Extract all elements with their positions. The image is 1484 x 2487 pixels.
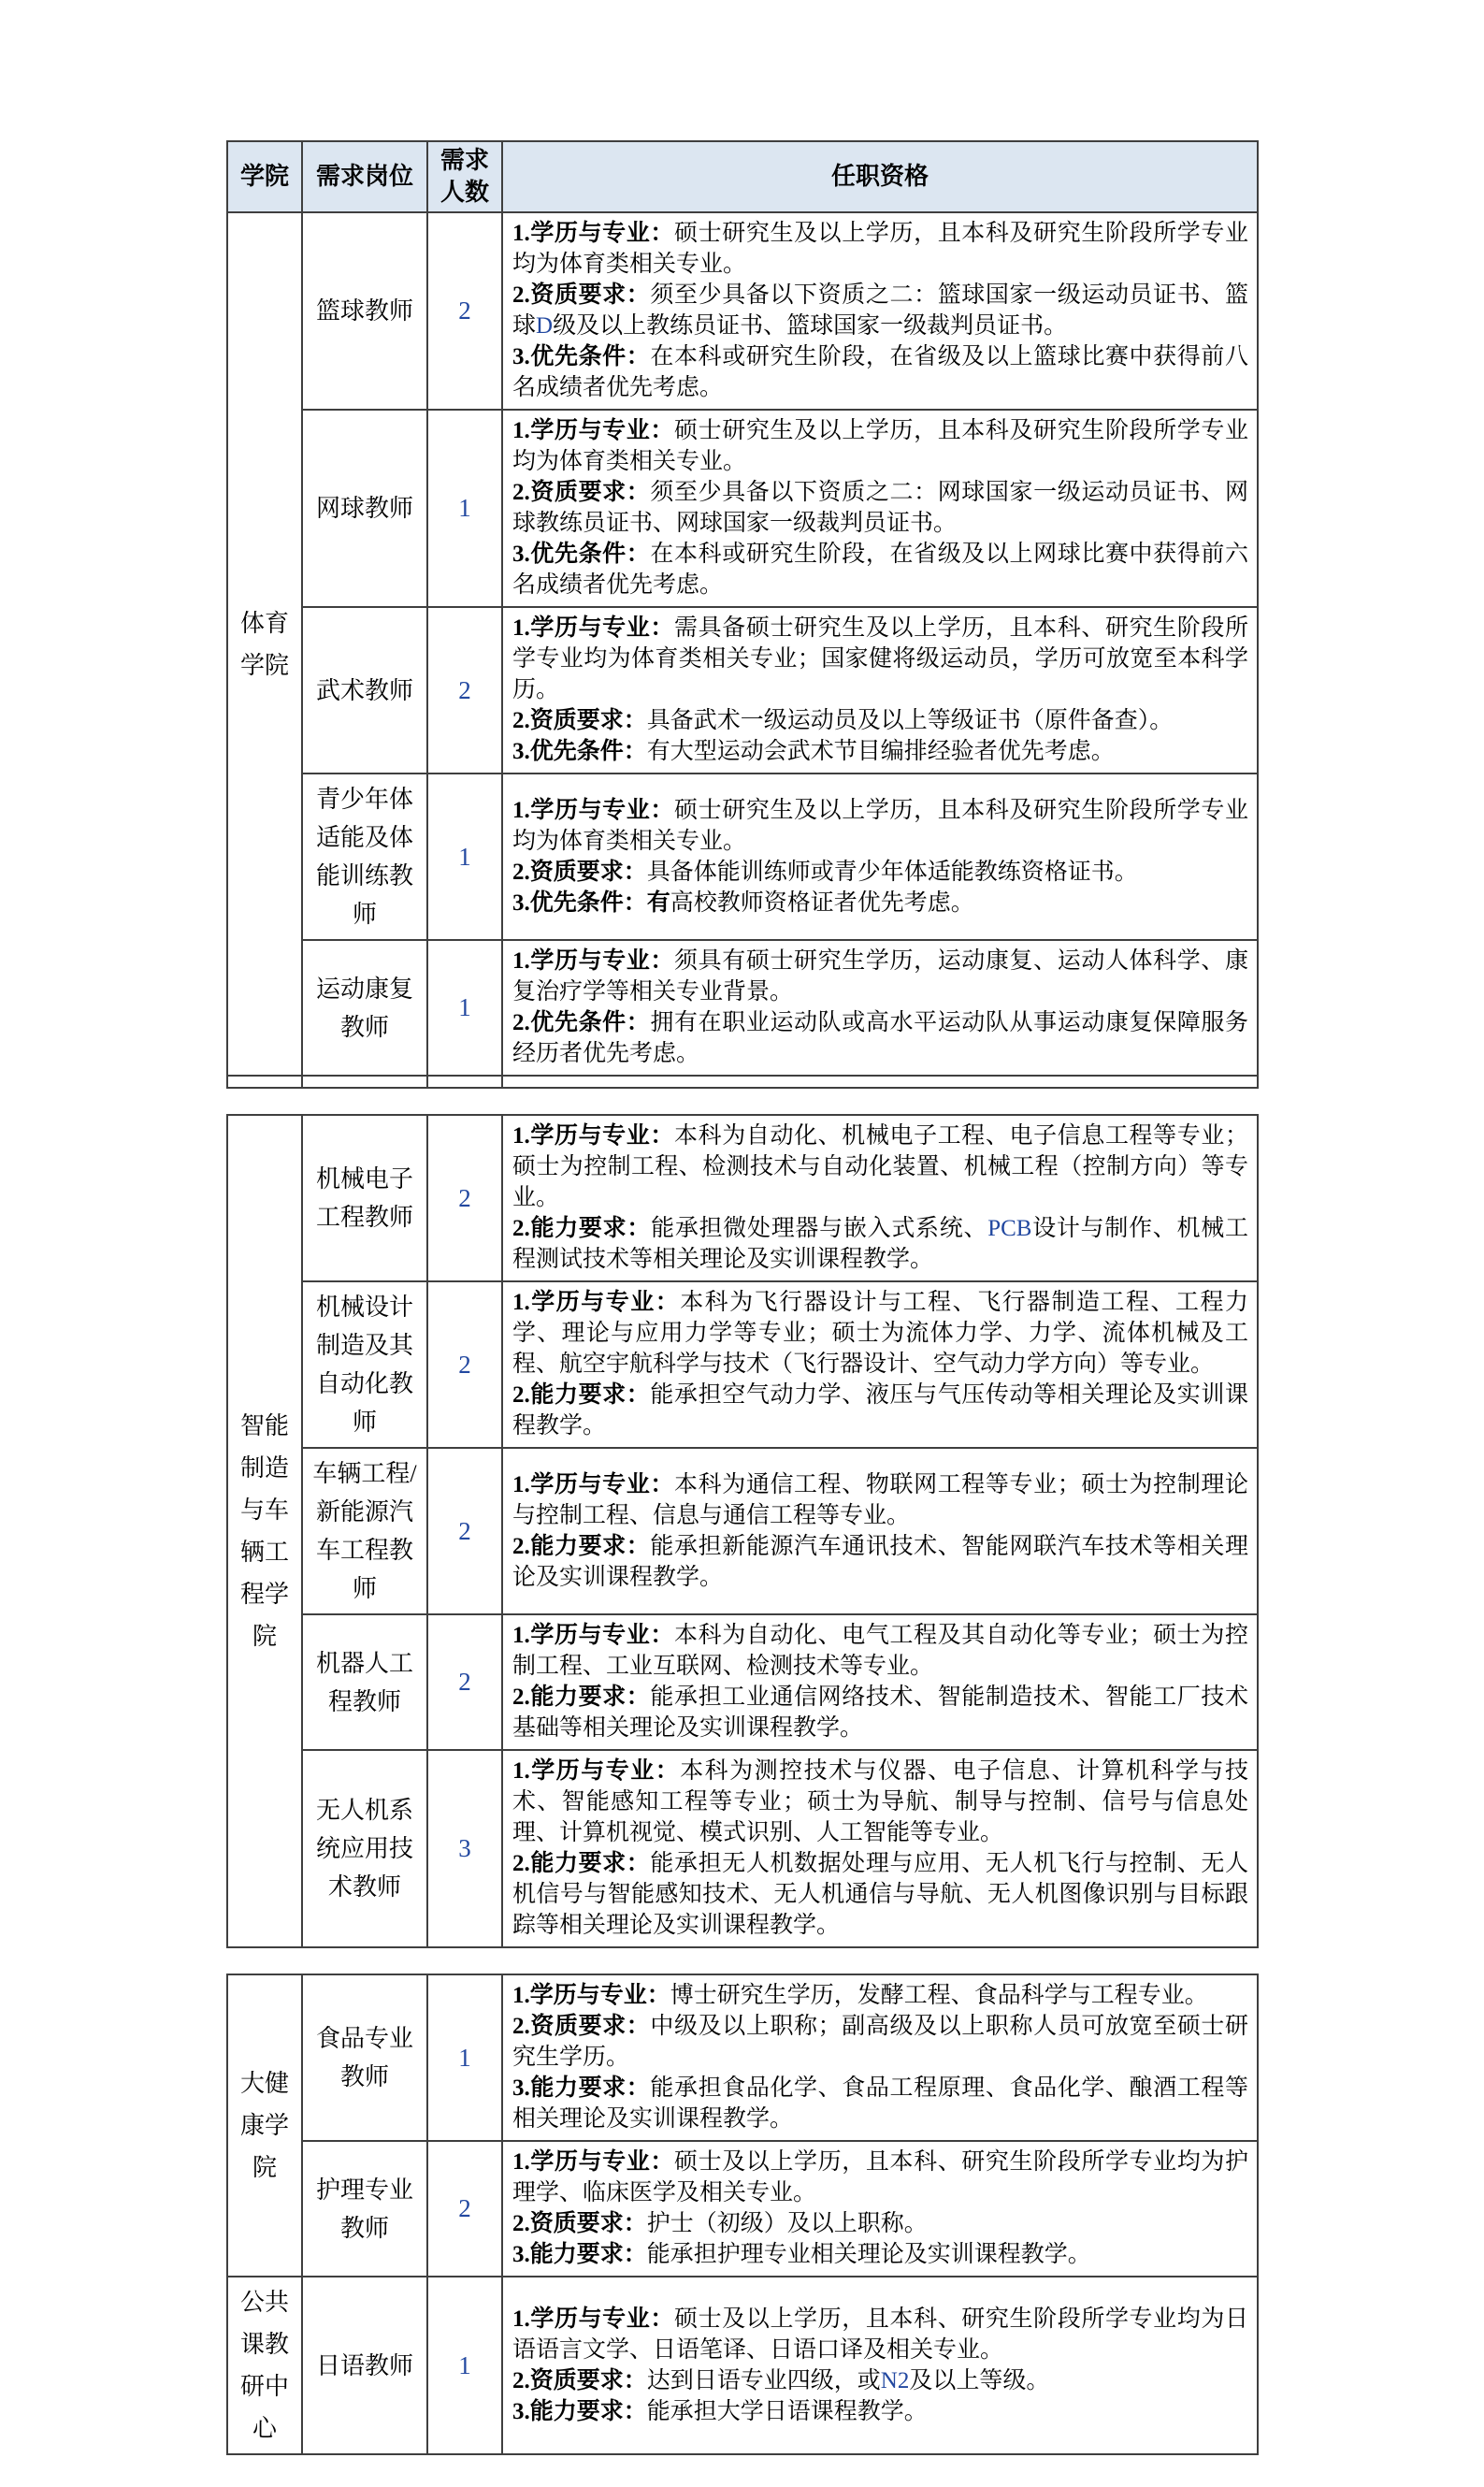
qualification-label: 2.资质要求：	[512, 860, 647, 885]
qualification-item: 1.学历与专业：本科为飞行器设计与工程、飞行器制造工程、工程力学、理论与应用力学…	[512, 1287, 1248, 1380]
qualification-item: 3.优先条件：有高校教师资格证者优先考虑。	[512, 888, 1248, 918]
qualification-item: 3.能力要求：能承担护理专业相关理论及实训课程教学。	[512, 2239, 1248, 2270]
spacer-row	[227, 1076, 1258, 1088]
col-header-count: 需求人数	[427, 141, 502, 212]
qualification-item: 1.学历与专业：本科为自动化、电气工程及其自动化等专业；硕士为控制工程、工业互联…	[512, 1620, 1248, 1682]
qualification-label: 1.学历与专业：	[512, 2306, 674, 2332]
table-block-manufacturing: 智能制造与车辆工程学院机械电子工程教师21.学历与专业：本科为自动化、机械电子工…	[226, 1114, 1259, 1948]
qualification-item: 1.学历与专业：博士研究生学历，发酵工程、食品科学与工程专业。	[512, 1980, 1248, 2011]
header-row: 学院 需求岗位 需求人数 任职资格	[227, 141, 1258, 212]
qualification-label: 1.学历与专业：	[512, 615, 674, 641]
position-cell: 日语教师	[302, 2277, 427, 2454]
qualification-label: 1.学历与专业：	[512, 2149, 674, 2175]
qualification-label: 2.资质要求：	[512, 2368, 647, 2393]
table-row: 运动康复教师11.学历与专业：须具有硕士研究生学历，运动康复、运动人体科学、康复…	[227, 940, 1258, 1076]
qualification-item: 2.资质要求：须至少具备以下资质之二：网球国家一级运动员证书、网球教练员证书、网…	[512, 477, 1248, 539]
qualification-item: 1.学历与专业：需具备硕士研究生及以上学历，且本科、研究生阶段所学专业均为体育类…	[512, 613, 1248, 705]
headcount-cell: 2	[427, 1281, 502, 1448]
position-cell: 机器人工程教师	[302, 1614, 427, 1750]
headcount-cell: 2	[427, 1448, 502, 1614]
latin-text: PCB	[987, 1216, 1031, 1241]
table-row: 公共课教研中心日语教师11.学历与专业：硕士及以上学历，且本科、研究生阶段所学专…	[227, 2277, 1258, 2454]
qualifications-cell: 1.学历与专业：博士研究生学历，发酵工程、食品科学与工程专业。2.资质要求：中级…	[502, 1974, 1258, 2141]
qualification-label: 2.资质要求：	[512, 480, 650, 505]
headcount-cell: 1	[427, 410, 502, 607]
qualification-label: 1.学历与专业：	[512, 1983, 670, 2008]
qualification-label: 3.能力要求：	[512, 2399, 647, 2424]
table-row: 车辆工程/新能源汽车工程教师21.学历与专业：本科为通信工程、物联网工程等专业；…	[227, 1448, 1258, 1614]
qualification-text: 能承担护理专业相关理论及实训课程教学。	[647, 2242, 1091, 2267]
headcount-cell: 2	[427, 212, 502, 410]
qualification-text: 护士（初级）及以上职称。	[647, 2211, 928, 2236]
table-row: 网球教师11.学历与专业：硕士研究生及以上学历，且本科及研究生阶段所学专业均为体…	[227, 410, 1258, 607]
qualification-item: 1.学历与专业：须具有硕士研究生学历，运动康复、运动人体科学、康复治疗学等相关专…	[512, 946, 1248, 1007]
qualification-label: 2.资质要求：	[512, 708, 647, 733]
qualifications-cell: 1.学历与专业：硕士研究生及以上学历，且本科及研究生阶段所学专业均为体育类相关专…	[502, 410, 1258, 607]
latin-text: D	[536, 313, 553, 339]
qualification-item: 3.能力要求：能承担食品化学、食品工程原理、食品化学、酿酒工程等相关理论及实训课…	[512, 2073, 1248, 2134]
qualification-item: 1.学历与专业：硕士及以上学历，且本科、研究生阶段所学专业均为日语语言文学、日语…	[512, 2304, 1248, 2365]
qualification-item: 1.学历与专业：本科为测控技术与仪器、电子信息、计算机科学与技术、智能感知工程等…	[512, 1756, 1248, 1848]
college-cell: 大健康学院	[227, 1974, 302, 2277]
qualification-item: 2.资质要求：护士（初级）及以上职称。	[512, 2208, 1248, 2239]
qualification-item: 2.能力要求：能承担新能源汽车通讯技术、智能网联汽车技术等相关理论及实训课程教学…	[512, 1531, 1248, 1593]
spacer-cell	[502, 1076, 1258, 1088]
position-cell: 篮球教师	[302, 212, 427, 410]
table-row: 智能制造与车辆工程学院机械电子工程教师21.学历与专业：本科为自动化、机械电子工…	[227, 1115, 1258, 1281]
qualification-item: 2.能力要求：能承担空气动力学、液压与气压传动等相关理论及实训课程教学。	[512, 1380, 1248, 1441]
qualification-text: 博士研究生学历，发酵工程、食品科学与工程专业。	[670, 1983, 1208, 2008]
headcount-cell: 3	[427, 1750, 502, 1947]
qualifications-cell: 1.学历与专业：硕士研究生及以上学历，且本科及研究生阶段所学专业均为体育类相关专…	[502, 774, 1258, 940]
table-header: 学院 需求岗位 需求人数 任职资格	[227, 141, 1258, 212]
headcount-cell: 2	[427, 1115, 502, 1281]
table-row: 机械设计制造及其自动化教师21.学历与专业：本科为飞行器设计与工程、飞行器制造工…	[227, 1281, 1258, 1448]
latin-text: N2	[881, 2368, 910, 2393]
headcount-cell: 1	[427, 774, 502, 940]
qualification-label: 2.优先条件：	[512, 1010, 650, 1035]
qualifications-cell: 1.学历与专业：本科为通信工程、物联网工程等专业；硕士为控制理论与控制工程、信息…	[502, 1448, 1258, 1614]
qualification-item: 2.资质要求：中级及以上职称；副高级及以上职称人员可放宽至硕士研究生学历。	[512, 2011, 1248, 2073]
qualification-item: 1.学历与专业：本科为自动化、机械电子工程、电子信息工程等专业；硕士为控制工程、…	[512, 1121, 1248, 1213]
qualification-item: 2.资质要求：达到日语专业四级，或N2及以上等级。	[512, 2365, 1248, 2396]
qualification-label: 1.学历与专业：	[512, 1472, 674, 1497]
qualification-item: 2.资质要求：具备武术一级运动员及以上等级证书（原件备查）。	[512, 705, 1248, 736]
qualification-label: 2.资质要求：	[512, 2014, 650, 2039]
qualification-label: 2.资质要求：	[512, 2211, 647, 2236]
qualification-label: 3.优先条件：	[512, 344, 650, 369]
position-cell: 食品专业教师	[302, 1974, 427, 2141]
qualification-item: 2.能力要求：能承担微处理器与嵌入式系统、PCB设计与制作、机械工程测试技术等相…	[512, 1213, 1248, 1275]
table-body: 大健康学院食品专业教师11.学历与专业：博士研究生学历，发酵工程、食品科学与工程…	[227, 1974, 1258, 2454]
qualification-label: 2.能力要求：	[512, 1851, 650, 1876]
position-cell: 机械设计制造及其自动化教师	[302, 1281, 427, 1448]
qualification-item: 1.学历与专业：硕士及以上学历，且本科、研究生阶段所学专业均为护理学、临床医学及…	[512, 2147, 1248, 2208]
qualifications-cell: 1.学历与专业：须具有硕士研究生学历，运动康复、运动人体科学、康复治疗学等相关专…	[502, 940, 1258, 1076]
table-row: 护理专业教师21.学历与专业：硕士及以上学历，且本科、研究生阶段所学专业均为护理…	[227, 2141, 1258, 2277]
spacer-cell	[302, 1076, 427, 1088]
qualification-label: 1.学历与专业：	[512, 418, 674, 443]
qualification-text: 有大型运动会武术节目编排经验者优先考虑。	[647, 739, 1115, 764]
qualifications-cell: 1.学历与专业：硕士及以上学历，且本科、研究生阶段所学专业均为日语语言文学、日语…	[502, 2277, 1258, 2454]
qualification-label: 1.学历与专业：	[512, 1623, 674, 1648]
college-cell: 公共课教研中心	[227, 2277, 302, 2454]
table-body: 体育学院篮球教师21.学历与专业：硕士研究生及以上学历，且本科及研究生阶段所学专…	[227, 212, 1258, 1088]
qualification-label: 1.学历与专业：	[512, 1123, 674, 1149]
headcount-cell: 2	[427, 2141, 502, 2277]
qualification-item: 2.资质要求：具备体能训练师或青少年体适能教练资格证书。	[512, 857, 1248, 888]
table-row: 武术教师21.学历与专业：需具备硕士研究生及以上学历，且本科、研究生阶段所学专业…	[227, 607, 1258, 774]
qualification-item: 3.优先条件：有大型运动会武术节目编排经验者优先考虑。	[512, 736, 1248, 767]
table-block-sports: 学院 需求岗位 需求人数 任职资格 体育学院篮球教师21.学历与专业：硕士研究生…	[226, 140, 1259, 1089]
position-cell: 机械电子工程教师	[302, 1115, 427, 1281]
qualifications-cell: 1.学历与专业：本科为测控技术与仪器、电子信息、计算机科学与技术、智能感知工程等…	[502, 1750, 1258, 1947]
col-header-college: 学院	[227, 141, 302, 212]
qualification-item: 1.学历与专业：硕士研究生及以上学历，且本科及研究生阶段所学专业均为体育类相关专…	[512, 415, 1248, 477]
recruitment-document: 学院 需求岗位 需求人数 任职资格 体育学院篮球教师21.学历与专业：硕士研究生…	[226, 140, 1257, 2480]
qualification-label: 1.学历与专业：	[512, 221, 674, 246]
qualification-label: 2.能力要求：	[512, 1685, 650, 1710]
qualification-label: 3.优先条件：	[512, 542, 650, 567]
position-cell: 无人机系统应用技术教师	[302, 1750, 427, 1947]
position-cell: 运动康复教师	[302, 940, 427, 1076]
qualification-label: 2.能力要求：	[512, 1534, 650, 1559]
qualification-label: 2.资质要求：	[512, 282, 650, 308]
col-header-qualifications: 任职资格	[502, 141, 1258, 212]
qualifications-cell: 1.学历与专业：硕士研究生及以上学历，且本科及研究生阶段所学专业均为体育类相关专…	[502, 212, 1258, 410]
qualifications-cell: 1.学历与专业：本科为自动化、机械电子工程、电子信息工程等专业；硕士为控制工程、…	[502, 1115, 1258, 1281]
qualification-label: 2.能力要求：	[512, 1382, 650, 1408]
qualification-item: 2.优先条件：拥有在职业运动队或高水平运动队从事运动康复保障服务经历者优先考虑。	[512, 1007, 1248, 1069]
headcount-cell: 2	[427, 607, 502, 774]
qualification-item: 2.资质要求：须至少具备以下资质之二：篮球国家一级运动员证书、篮球D级及以上教练…	[512, 280, 1248, 341]
qualification-text: 具备体能训练师或青少年体适能教练资格证书。	[647, 860, 1138, 885]
qualification-item: 3.优先条件：在本科或研究生阶段，在省级及以上网球比赛中获得前六名成绩者优先考虑…	[512, 539, 1248, 600]
qualification-item: 1.学历与专业：硕士研究生及以上学历，且本科及研究生阶段所学专业均为体育类相关专…	[512, 795, 1248, 857]
qualification-label: 3.能力要求：	[512, 2242, 647, 2267]
qualifications-cell: 1.学历与专业：需具备硕士研究生及以上学历，且本科、研究生阶段所学专业均为体育类…	[502, 607, 1258, 774]
qualification-label: 3.能力要求：	[512, 2075, 650, 2101]
qualification-text: 达到日语专业四级，或N2及以上等级。	[647, 2368, 1050, 2393]
qualification-item: 1.学历与专业：本科为通信工程、物联网工程等专业；硕士为控制理论与控制工程、信息…	[512, 1469, 1248, 1531]
college-cell: 体育学院	[227, 212, 302, 1076]
qualification-label: 3.优先条件：有	[512, 890, 670, 916]
qualification-label: 3.优先条件：	[512, 739, 647, 764]
table-row: 青少年体适能及体能训练教师11.学历与专业：硕士研究生及以上学历，且本科及研究生…	[227, 774, 1258, 940]
table-block-health-public: 大健康学院食品专业教师11.学历与专业：博士研究生学历，发酵工程、食品科学与工程…	[226, 1974, 1259, 2455]
qualification-item: 1.学历与专业：硕士研究生及以上学历，且本科及研究生阶段所学专业均为体育类相关专…	[512, 218, 1248, 280]
qualification-label: 1.学历与专业：	[512, 798, 674, 823]
qualifications-cell: 1.学历与专业：本科为飞行器设计与工程、飞行器制造工程、工程力学、理论与应用力学…	[502, 1281, 1258, 1448]
qualifications-cell: 1.学历与专业：硕士及以上学历，且本科、研究生阶段所学专业均为护理学、临床医学及…	[502, 2141, 1258, 2277]
qualification-text: 具备武术一级运动员及以上等级证书（原件备查）。	[647, 708, 1174, 733]
position-cell: 护理专业教师	[302, 2141, 427, 2277]
headcount-cell: 2	[427, 1614, 502, 1750]
table-row: 体育学院篮球教师21.学历与专业：硕士研究生及以上学历，且本科及研究生阶段所学专…	[227, 212, 1258, 410]
table-row: 大健康学院食品专业教师11.学历与专业：博士研究生学历，发酵工程、食品科学与工程…	[227, 1974, 1258, 2141]
col-header-position: 需求岗位	[302, 141, 427, 212]
qualification-item: 3.优先条件：在本科或研究生阶段，在省级及以上篮球比赛中获得前八名成绩者优先考虑…	[512, 341, 1248, 403]
qualification-label: 2.能力要求：	[512, 1216, 651, 1241]
table-body: 智能制造与车辆工程学院机械电子工程教师21.学历与专业：本科为自动化、机械电子工…	[227, 1115, 1258, 1947]
headcount-cell: 1	[427, 1974, 502, 2141]
qualification-label: 1.学历与专业：	[512, 1290, 680, 1315]
qualification-label: 1.学历与专业：	[512, 948, 674, 974]
headcount-cell: 1	[427, 2277, 502, 2454]
spacer-cell	[227, 1076, 302, 1088]
college-cell: 智能制造与车辆工程学院	[227, 1115, 302, 1947]
headcount-cell: 1	[427, 940, 502, 1076]
position-cell: 青少年体适能及体能训练教师	[302, 774, 427, 940]
qualifications-cell: 1.学历与专业：本科为自动化、电气工程及其自动化等专业；硕士为控制工程、工业互联…	[502, 1614, 1258, 1750]
spacer-cell	[427, 1076, 502, 1088]
position-cell: 车辆工程/新能源汽车工程教师	[302, 1448, 427, 1614]
qualification-item: 2.能力要求：能承担无人机数据处理与应用、无人机飞行与控制、无人机信号与智能感知…	[512, 1848, 1248, 1941]
qualification-label: 1.学历与专业：	[512, 1758, 680, 1784]
qualification-item: 3.能力要求：能承担大学日语课程教学。	[512, 2396, 1248, 2427]
qualification-text: 高校教师资格证者优先考虑。	[670, 890, 974, 916]
qualification-text: 能承担大学日语课程教学。	[647, 2399, 928, 2424]
table-row: 无人机系统应用技术教师31.学历与专业：本科为测控技术与仪器、电子信息、计算机科…	[227, 1750, 1258, 1947]
qualification-item: 2.能力要求：能承担工业通信网络技术、智能制造技术、智能工厂技术基础等相关理论及…	[512, 1682, 1248, 1743]
table-row: 机器人工程教师21.学历与专业：本科为自动化、电气工程及其自动化等专业；硕士为控…	[227, 1614, 1258, 1750]
position-cell: 武术教师	[302, 607, 427, 774]
position-cell: 网球教师	[302, 410, 427, 607]
